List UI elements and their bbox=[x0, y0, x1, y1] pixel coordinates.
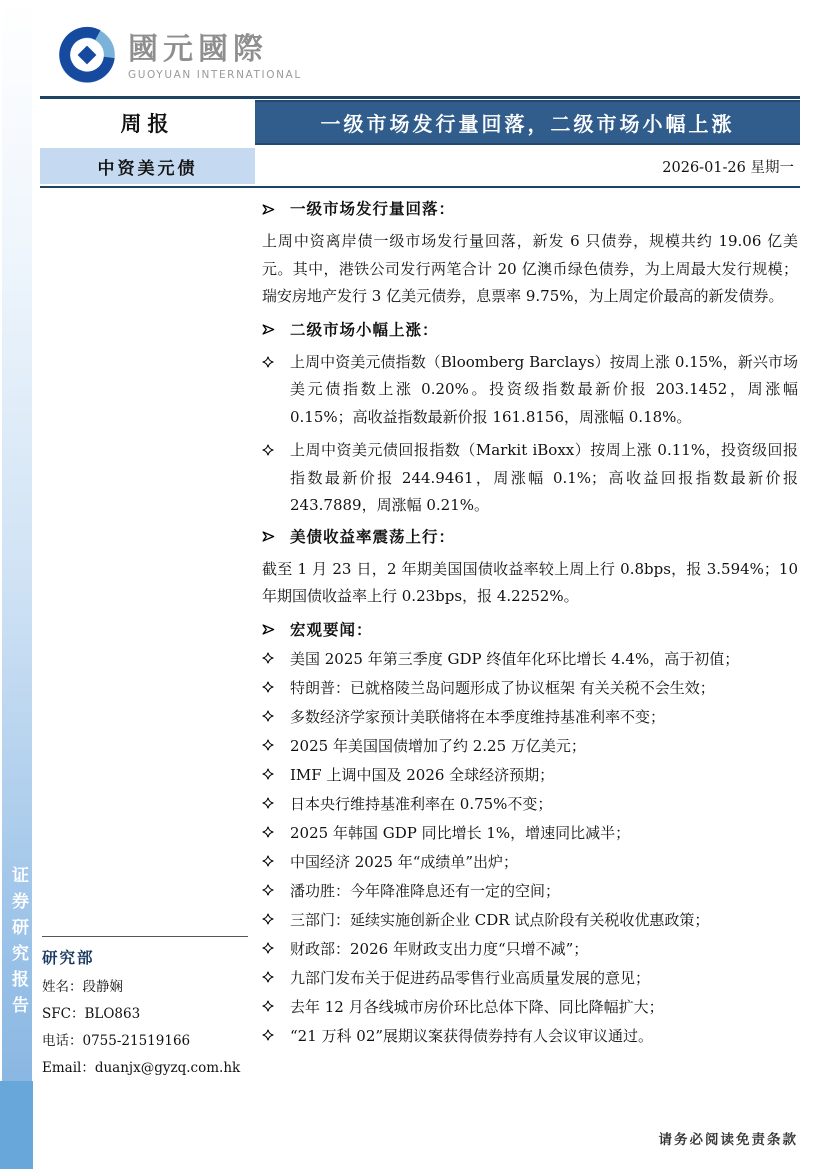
diamond-bullet-icon bbox=[262, 968, 290, 988]
bullet-text: 特朗普：已就格陵兰岛问题形成了协议框架 有关关税不会生效； bbox=[290, 678, 715, 698]
bullet-item: 美国 2025 年第三季度 GDP 终值年化环比增长 4.4%，高于初值； bbox=[262, 649, 798, 669]
bullet-text: 美国 2025 年第三季度 GDP 终值年化环比增长 4.4%，高于初值； bbox=[290, 649, 739, 669]
heading-text: 二级市场小幅上涨： bbox=[290, 319, 439, 341]
bullet-text: 日本央行维持基准利率在 0.75%不变； bbox=[290, 794, 552, 814]
diamond-bullet-icon bbox=[262, 678, 290, 698]
diamond-bullet-icon bbox=[262, 910, 290, 930]
bullet-text: 去年 12 月各线城市房价环比总体下降、同比降幅扩大； bbox=[290, 997, 664, 1017]
report-type-cell: 周报 bbox=[40, 100, 255, 145]
diamond-bullet-icon bbox=[262, 881, 290, 901]
bullet-item: 2025 年美国国债增加了约 2.25 万亿美元； bbox=[262, 736, 798, 756]
bullet-item: 2025 年韩国 GDP 同比增长 1%，增速同比减半； bbox=[262, 823, 798, 843]
bullet-text: “21 万科 02”展期议案获得债券持有人会议审议通过。 bbox=[290, 1026, 653, 1046]
arrow-bullet-icon bbox=[262, 323, 290, 336]
bullet-item: 九部门发布关于促进药品零售行业高质量发展的意见； bbox=[262, 968, 798, 988]
contact-value: duanjx@gyzq.com.hk bbox=[95, 1060, 240, 1076]
bullet-text: 三部门：延续实施创新企业 CDR 试点阶段有关税收优惠政策； bbox=[290, 910, 709, 930]
bullet-text: 中国经济 2025 年“成绩单”出炉； bbox=[290, 852, 518, 872]
section-heading-secondary-market: 二级市场小幅上涨： bbox=[262, 319, 798, 341]
sidebar-vertical-label: 证券研究报告 bbox=[3, 866, 31, 1022]
report-category-cell: 中资美元债 bbox=[40, 148, 255, 184]
bullet-item: 特朗普：已就格陵兰岛问题形成了协议框架 有关关税不会生效； bbox=[262, 678, 798, 698]
bullet-item: 上周中资美元债回报指数（Markit iBoxx）按周上涨 0.11%，投资级回… bbox=[262, 437, 798, 520]
contact-row-phone: 电话：0755-21519166 bbox=[42, 1028, 248, 1055]
diamond-bullet-icon bbox=[262, 649, 290, 669]
paragraph-treasury-yield: 截至 1 月 23 日，2 年期美国国债收益率较上周上行 0.8bps，报 3.… bbox=[262, 556, 798, 611]
diamond-bullet-icon bbox=[262, 1026, 290, 1046]
bullet-item: IMF 上调中国及 2026 全球经济预期； bbox=[262, 765, 798, 785]
bullet-text: 财政部：2026 年财政支出力度“只增不减”； bbox=[290, 939, 588, 959]
bullet-item: 多数经济学家预计美联储将在本季度维持基准利率不变； bbox=[262, 707, 798, 727]
report-title: 一级市场发行量回落，二级市场小幅上涨 bbox=[255, 100, 800, 145]
bullet-item: 去年 12 月各线城市房价环比总体下降、同比降幅扩大； bbox=[262, 997, 798, 1017]
diamond-bullet-icon bbox=[262, 437, 290, 520]
guoyuan-logo-icon bbox=[58, 26, 116, 88]
heading-text: 一级市场发行量回落： bbox=[290, 198, 455, 220]
bullet-text: 上周中资美元债指数（Bloomberg Barclays）按周上涨 0.15%，… bbox=[290, 349, 798, 432]
paragraph-primary-market: 上周中资离岸债一级市场发行量回落，新发 6 只债券，规模共约 19.06 亿美元… bbox=[262, 228, 798, 311]
report-header: 周报 一级市场发行量回落，二级市场小幅上涨 中资美元债 2026-01-26 星… bbox=[40, 96, 800, 188]
header-top-rule bbox=[40, 96, 800, 99]
bullet-text: 2025 年美国国债增加了约 2.25 万亿美元； bbox=[290, 736, 586, 756]
sidebar-bottom-block bbox=[0, 1081, 33, 1169]
contact-value: 段静娴 bbox=[83, 979, 124, 995]
bullet-item: “21 万科 02”展期议案获得债券持有人会议审议通过。 bbox=[262, 1026, 798, 1046]
diamond-bullet-icon bbox=[262, 349, 290, 432]
report-body: 一级市场发行量回落： 上周中资离岸债一级市场发行量回落，新发 6 只债券，规模共… bbox=[262, 194, 798, 1055]
bullet-item: 潘功胜：今年降准降息还有一定的空间； bbox=[262, 881, 798, 901]
heading-text: 宏观要闻： bbox=[290, 619, 373, 641]
research-contact-block: 研究部 姓名：段静娴 SFC：BLO863 电话：0755-21519166 E… bbox=[42, 936, 248, 1082]
bullet-text: 2025 年韩国 GDP 同比增长 1%，增速同比减半； bbox=[290, 823, 630, 843]
contact-value: BLO863 bbox=[84, 1006, 140, 1022]
bullet-text: 九部门发布关于促进药品零售行业高质量发展的意见； bbox=[290, 968, 650, 988]
contact-label: SFC： bbox=[42, 1006, 84, 1022]
report-date: 2026-01-26 星期一 bbox=[255, 148, 800, 184]
contact-label: 电话： bbox=[42, 1033, 83, 1049]
diamond-bullet-icon bbox=[262, 823, 290, 843]
contact-row-sfc: SFC：BLO863 bbox=[42, 1001, 248, 1028]
contact-row-name: 姓名：段静娴 bbox=[42, 974, 248, 1001]
arrow-bullet-icon bbox=[262, 203, 290, 216]
bullet-item: 上周中资美元债指数（Bloomberg Barclays）按周上涨 0.15%，… bbox=[262, 349, 798, 432]
header-bottom-rule bbox=[40, 186, 800, 188]
section-heading-primary-market: 一级市场发行量回落： bbox=[262, 198, 798, 220]
logo-name-cn: 國元國際 bbox=[128, 33, 302, 66]
diamond-bullet-icon bbox=[262, 736, 290, 756]
contact-label: Email： bbox=[42, 1060, 95, 1076]
bullet-item: 三部门：延续实施创新企业 CDR 试点阶段有关税收优惠政策； bbox=[262, 910, 798, 930]
diamond-bullet-icon bbox=[262, 939, 290, 959]
heading-text: 美债收益率震荡上行： bbox=[290, 526, 455, 548]
logo-name-en: GUOYUAN INTERNATIONAL bbox=[128, 69, 302, 81]
bullet-text: 潘功胜：今年降准降息还有一定的空间； bbox=[290, 881, 560, 901]
diamond-bullet-icon bbox=[262, 794, 290, 814]
section-heading-treasury-yield: 美债收益率震荡上行： bbox=[262, 526, 798, 548]
diamond-bullet-icon bbox=[262, 765, 290, 785]
diamond-bullet-icon bbox=[262, 997, 290, 1017]
company-logo: 國元國際 GUOYUAN INTERNATIONAL bbox=[58, 26, 302, 88]
arrow-bullet-icon bbox=[262, 623, 290, 636]
arrow-bullet-icon bbox=[262, 530, 290, 543]
diamond-bullet-icon bbox=[262, 852, 290, 872]
department-title: 研究部 bbox=[42, 946, 248, 968]
bullet-item: 财政部：2026 年财政支出力度“只增不减”； bbox=[262, 939, 798, 959]
section-heading-macro-news: 宏观要闻： bbox=[262, 619, 798, 641]
bullet-item: 中国经济 2025 年“成绩单”出炉； bbox=[262, 852, 798, 872]
contact-label: 姓名： bbox=[42, 979, 83, 995]
contact-row-email: Email：duanjx@gyzq.com.hk bbox=[42, 1055, 248, 1082]
report-page: 证券研究报告 國元國際 GUOYUAN INTERNATIONAL 周报 一级市… bbox=[0, 0, 826, 1169]
bullet-text: 上周中资美元债回报指数（Markit iBoxx）按周上涨 0.11%，投资级回… bbox=[290, 437, 798, 520]
bullet-text: 多数经济学家预计美联储将在本季度维持基准利率不变； bbox=[290, 707, 665, 727]
disclaimer-note: 请务必阅读免责条款 bbox=[659, 1128, 799, 1148]
bullet-item: 日本央行维持基准利率在 0.75%不变； bbox=[262, 794, 798, 814]
left-sidebar-strip: 证券研究报告 bbox=[2, 0, 32, 1169]
diamond-bullet-icon bbox=[262, 707, 290, 727]
bullet-text: IMF 上调中国及 2026 全球经济预期； bbox=[290, 765, 554, 785]
contact-value: 0755-21519166 bbox=[83, 1033, 191, 1049]
